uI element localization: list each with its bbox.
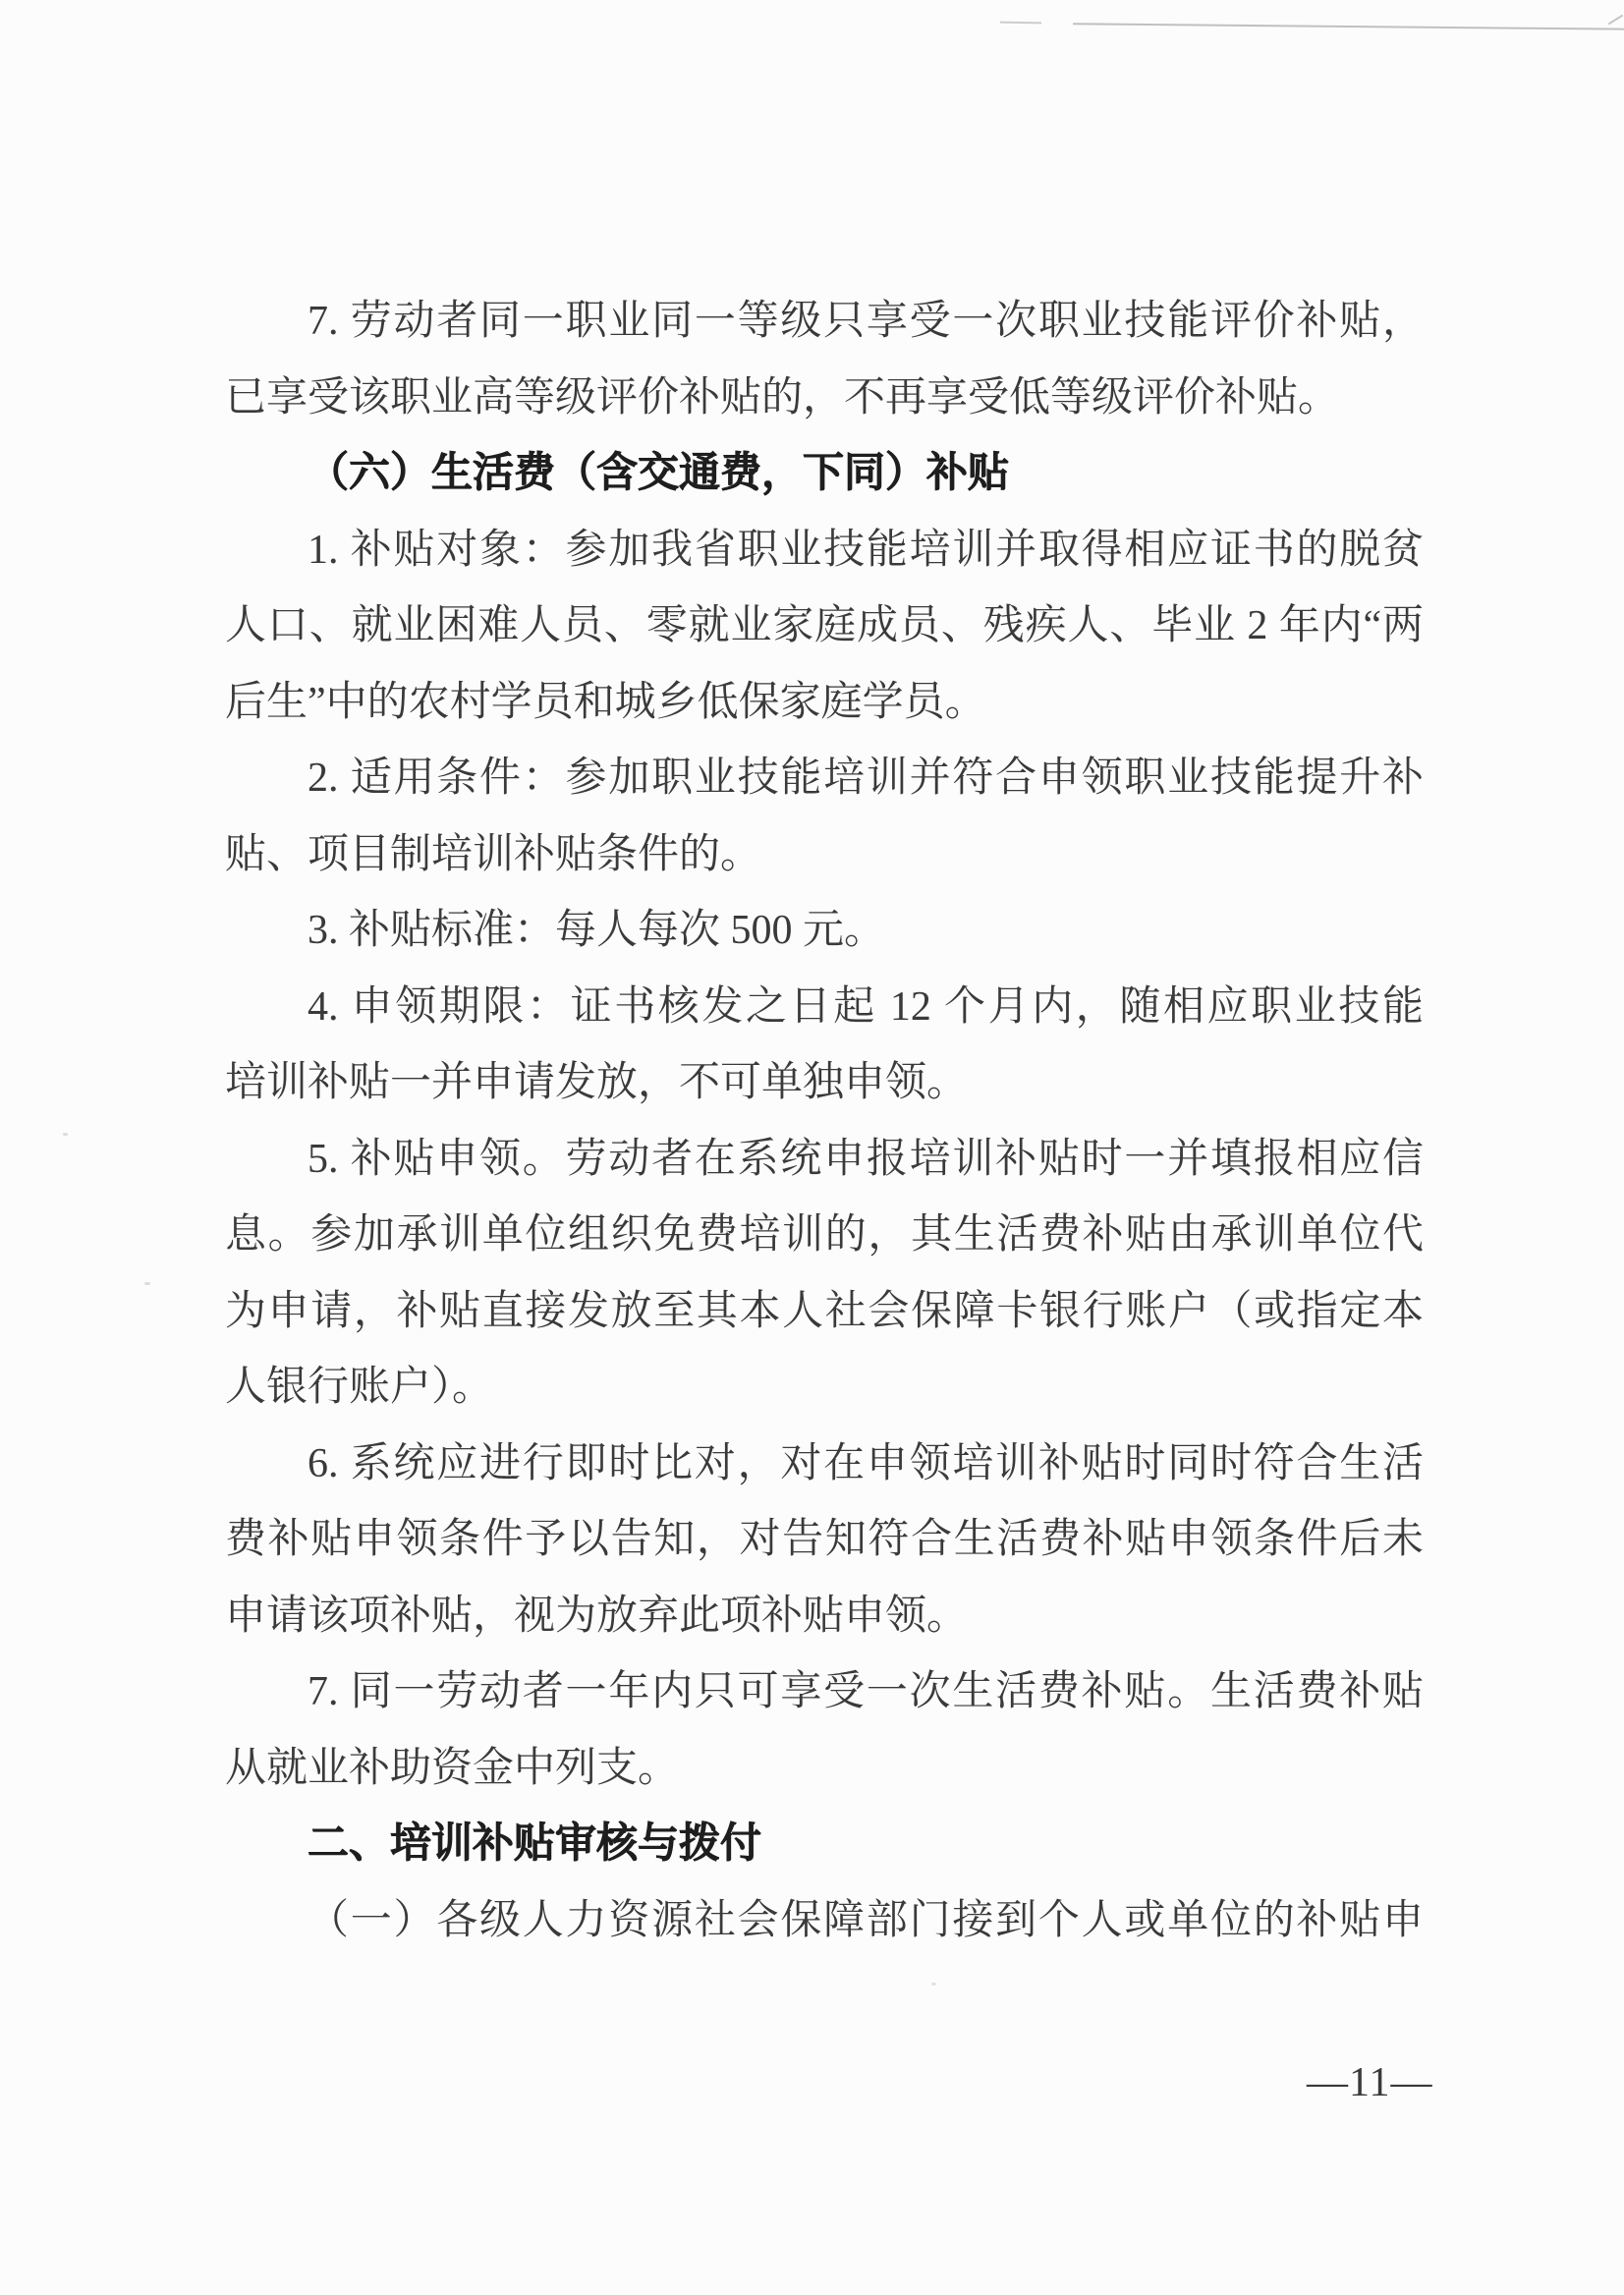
- text-line: 从就业补助资金中列支。: [225, 1731, 1424, 1808]
- scan-speck: [63, 1133, 68, 1136]
- text-line: 1. 补贴对象：参加我省职业技能培训并取得相应证书的脱贫: [225, 513, 1424, 589]
- text-line: 2. 适用条件：参加职业技能培训并符合申领职业技能提升补: [225, 741, 1424, 817]
- scan-speck: [931, 1983, 936, 1986]
- scan-artifact-dash: [1000, 22, 1041, 25]
- heading-line: （六）生活费（含交通费，下同）补贴: [225, 436, 1424, 513]
- scan-speck: [144, 1282, 150, 1285]
- text-line: 贴、项目制培训补贴条件的。: [225, 817, 1424, 894]
- text-line: （一）各级人力资源社会保障部门接到个人或单位的补贴申: [225, 1883, 1424, 1960]
- text-line: 人银行账户）。: [225, 1350, 1424, 1427]
- page-number: —11—: [1307, 2058, 1432, 2107]
- text-line: 3. 补贴标准：每人每次 500 元。: [225, 893, 1424, 970]
- text-line: 为申请，补贴直接发放至其本人社会保障卡银行账户（或指定本: [225, 1274, 1424, 1351]
- scan-artifact-hook: [1608, 15, 1623, 26]
- text-line: 已享受该职业高等级评价补贴的，不再享受低等级评价补贴。: [225, 361, 1424, 437]
- text-line: 4. 申领期限：证书核发之日起 12 个月内，随相应职业技能: [225, 970, 1424, 1046]
- text-line: 7. 同一劳动者一年内只可享受一次生活费补贴。生活费补贴: [225, 1654, 1424, 1731]
- text-line: 6. 系统应进行即时比对，对在申领培训补贴时同时符合生活: [225, 1427, 1424, 1503]
- text-line: 人口、就业困难人员、零就业家庭成员、残疾人、毕业 2 年内“两: [225, 588, 1424, 665]
- document-body: 7. 劳动者同一职业同一等级只享受一次职业技能评价补贴，已享受该职业高等级评价补…: [225, 284, 1424, 1959]
- text-line: 息。参加承训单位组织免费培训的，其生活费补贴由承训单位代: [225, 1198, 1424, 1274]
- text-line: 7. 劳动者同一职业同一等级只享受一次职业技能评价补贴，: [225, 284, 1424, 361]
- text-line: 5. 补贴申领。劳动者在系统申报培训补贴时一并填报相应信: [225, 1122, 1424, 1199]
- document-page: 7. 劳动者同一职业同一等级只享受一次职业技能评价补贴，已享受该职业高等级评价补…: [0, 0, 1624, 2295]
- text-line: 后生”中的农村学员和城乡低保家庭学员。: [225, 665, 1424, 742]
- text-line: 申请该项补贴，视为放弃此项补贴申领。: [225, 1579, 1424, 1655]
- text-line: 培训补贴一并申请发放，不可单独申领。: [225, 1045, 1424, 1122]
- heading-line: 二、培训补贴审核与拨付: [225, 1807, 1424, 1883]
- text-line: 费补贴申领条件予以告知，对告知符合生活费补贴申领条件后未: [225, 1502, 1424, 1579]
- scan-artifact-line: [1073, 23, 1624, 29]
